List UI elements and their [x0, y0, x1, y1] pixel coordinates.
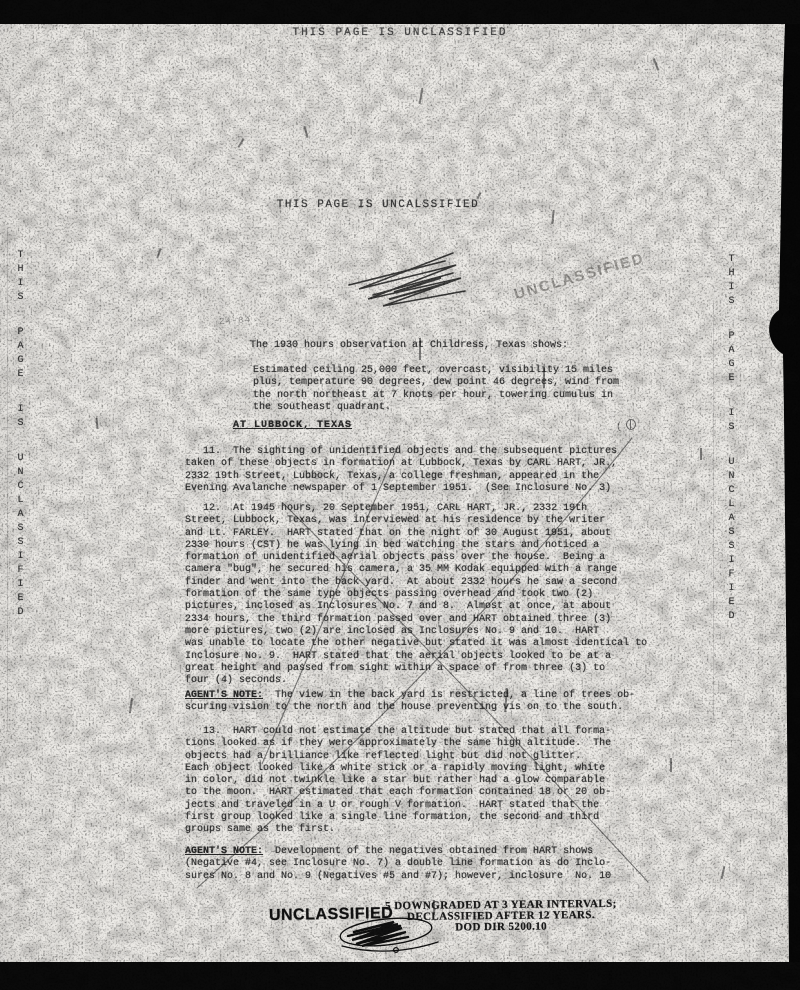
- scratch-mark: [419, 88, 423, 104]
- fold-line-left: [7, 230, 8, 730]
- circled-annotation-icon: (: [616, 418, 636, 433]
- scratch-mark: [237, 138, 244, 147]
- section-heading-lubbock: AT LUBBOCK, TEXAS: [233, 420, 352, 431]
- scratch-mark: [95, 418, 98, 429]
- unclassified-stamp: UNCLASSIFIED: [269, 905, 394, 925]
- mid-page-banner: THIS PAGE IS UNCALSSIFIED: [0, 199, 778, 211]
- pencil-scribble-icon: [335, 245, 475, 307]
- agent-note-2: AGENT'S NOTE: Development of the negativ…: [185, 846, 685, 883]
- scratch-mark: [129, 698, 133, 713]
- scratch-mark: [700, 448, 702, 460]
- childress-weather-detail: Estimated ceiling 25,000 feet, overcast,…: [253, 365, 753, 414]
- paragraph-11: 11. The sighting of unidentified objects…: [185, 446, 685, 495]
- scan-border-bottom: [0, 962, 800, 990]
- paragraph-13: 13. HART could not estimate the altitude…: [185, 726, 685, 837]
- scratch-mark: [303, 126, 308, 138]
- left-margin-banner: THIS PAGE IS UNCLASSIFIED: [15, 250, 26, 621]
- top-banner: THIS PAGE IS UNCLASSIFIED: [0, 27, 800, 39]
- childress-observation-intro: The 1930 hours observation at Childress,…: [250, 340, 750, 352]
- scratch-mark: [721, 866, 725, 879]
- declassification-notice: 5 DOWNGRADED AT 3 YEAR INTERVALS; DECLAS…: [383, 899, 619, 934]
- scan-border-right: [755, 24, 800, 962]
- unclassified-stamp-diagonal: UNCLASSIFIED: [512, 250, 646, 304]
- fold-line-right: [713, 300, 714, 720]
- agent-note-1-label: AGENT'S NOTE:: [185, 690, 263, 701]
- scratch-mark: [156, 248, 161, 258]
- agent-note-2-label: AGENT'S NOTE:: [185, 846, 263, 857]
- document-page: THIS PAGE IS UNCLASSIFIED THIS PAGE IS U…: [0, 0, 800, 990]
- scratch-mark: [653, 58, 659, 71]
- scan-border-top: [0, 0, 800, 24]
- agent-note-1: AGENT'S NOTE: The view in the back yard …: [185, 690, 685, 715]
- page-reference: 24-84: [219, 315, 251, 327]
- scratch-mark: [477, 192, 481, 199]
- right-margin-banner: THIS PAGE IS UNCLASSIFIED: [726, 254, 737, 625]
- scratch-mark: [551, 210, 554, 224]
- paragraph-12: 12. At 1945 hours, 20 September 1951, CA…: [185, 503, 685, 687]
